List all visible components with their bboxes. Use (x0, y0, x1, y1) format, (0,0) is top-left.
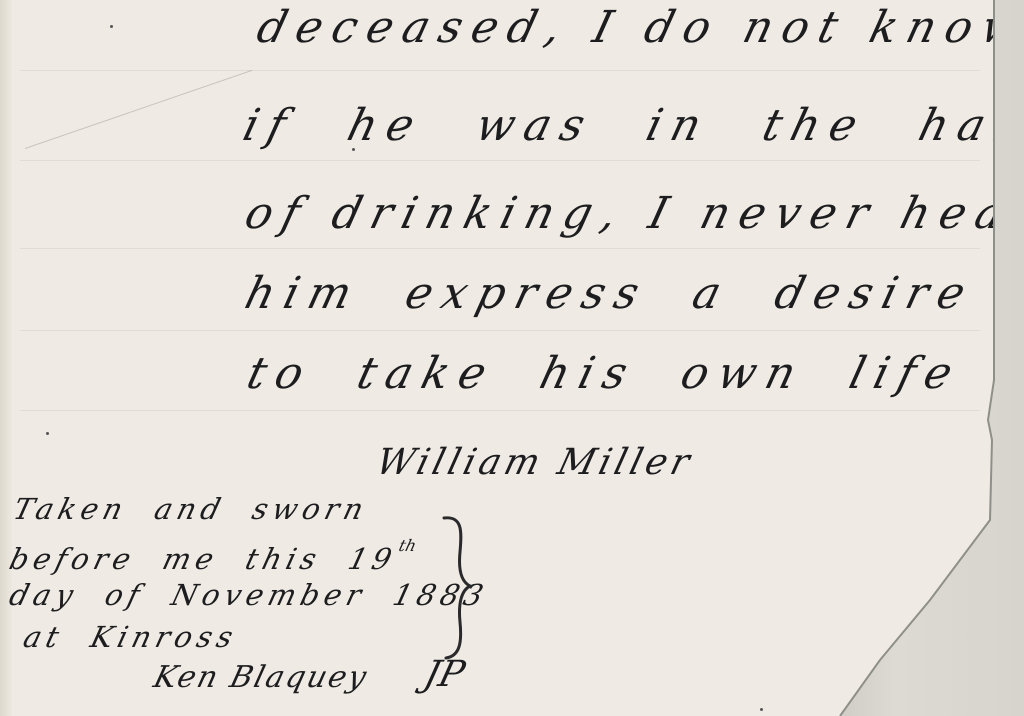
body-line-1: deceased, I do not know (252, 2, 1024, 53)
ink-speck (352, 148, 355, 151)
curly-bracket-icon (440, 512, 480, 662)
document-page: deceased, I do not know if he was in the… (0, 0, 1024, 716)
ruled-line (20, 410, 980, 411)
ink-speck (110, 25, 113, 28)
jurat-line-2: before me this 19th (6, 536, 418, 576)
deponent-signature: William Miller (372, 442, 698, 483)
officer-title: JP (420, 654, 469, 695)
body-line-2: if he was in the habit (238, 100, 1024, 151)
jurat-line-4: at Kinross (20, 620, 241, 654)
ruled-line (20, 330, 980, 331)
ruled-line (20, 248, 980, 249)
ink-speck (760, 708, 763, 711)
jurat-line-3: day of November 1883 (6, 578, 492, 612)
body-line-3: of drinking, I never heard (240, 188, 1024, 239)
ink-speck (46, 432, 49, 435)
ruled-line (20, 70, 980, 71)
day-suffix: th (397, 536, 418, 555)
paper-scratch-line (25, 70, 252, 149)
ruled-line (20, 160, 980, 161)
officer-signature: Ken Blaquey (150, 660, 372, 695)
body-line-5: to take his own life (242, 348, 967, 399)
jurat-line-1: Taken and sworn (10, 492, 372, 526)
jurat-line-2-text: before me this 19 (6, 542, 400, 576)
body-line-4: him express a desire (240, 268, 980, 319)
